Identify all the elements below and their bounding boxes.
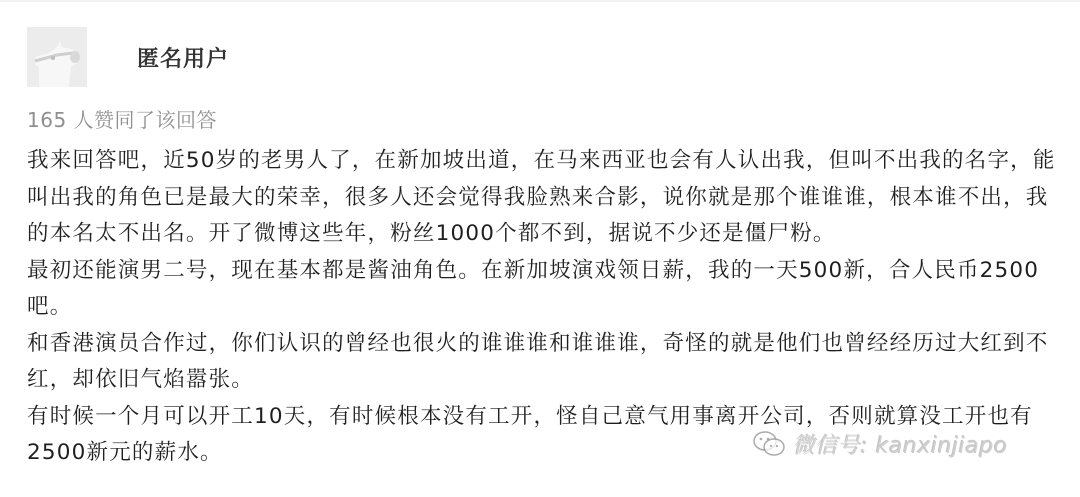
watermark-text: 微信号: kanxinjiapo [792,428,1007,459]
answer-paragraph: 最初还能演男二号，现在基本都是酱油角色。在新加坡演戏领日薪，我的一天500新，合… [27,253,1057,326]
anonymous-avatar-icon[interactable] [27,27,87,87]
answer-paragraph: 我来回答吧，近50岁的老男人了，在新加坡出道，在马来西亚也会有人认出我，但叫不出… [27,143,1057,253]
top-divider [0,0,1080,2]
answer-body: 我来回答吧，近50岁的老男人了，在新加坡出道，在马来西亚也会有人认出我，但叫不出… [27,143,1057,472]
watermark: 微信号: kanxinjiapo [752,428,1007,459]
wechat-icon [752,430,786,458]
upvote-count: 165 人赞同了该回答 [27,104,217,133]
author-header: 匿名用户 [27,27,229,87]
author-name[interactable]: 匿名用户 [137,42,229,73]
answer-paragraph: 和香港演员合作过，你们认识的曾经也很火的谁谁谁和谁谁谁，奇怪的就是他们也曾经经历… [27,326,1057,399]
